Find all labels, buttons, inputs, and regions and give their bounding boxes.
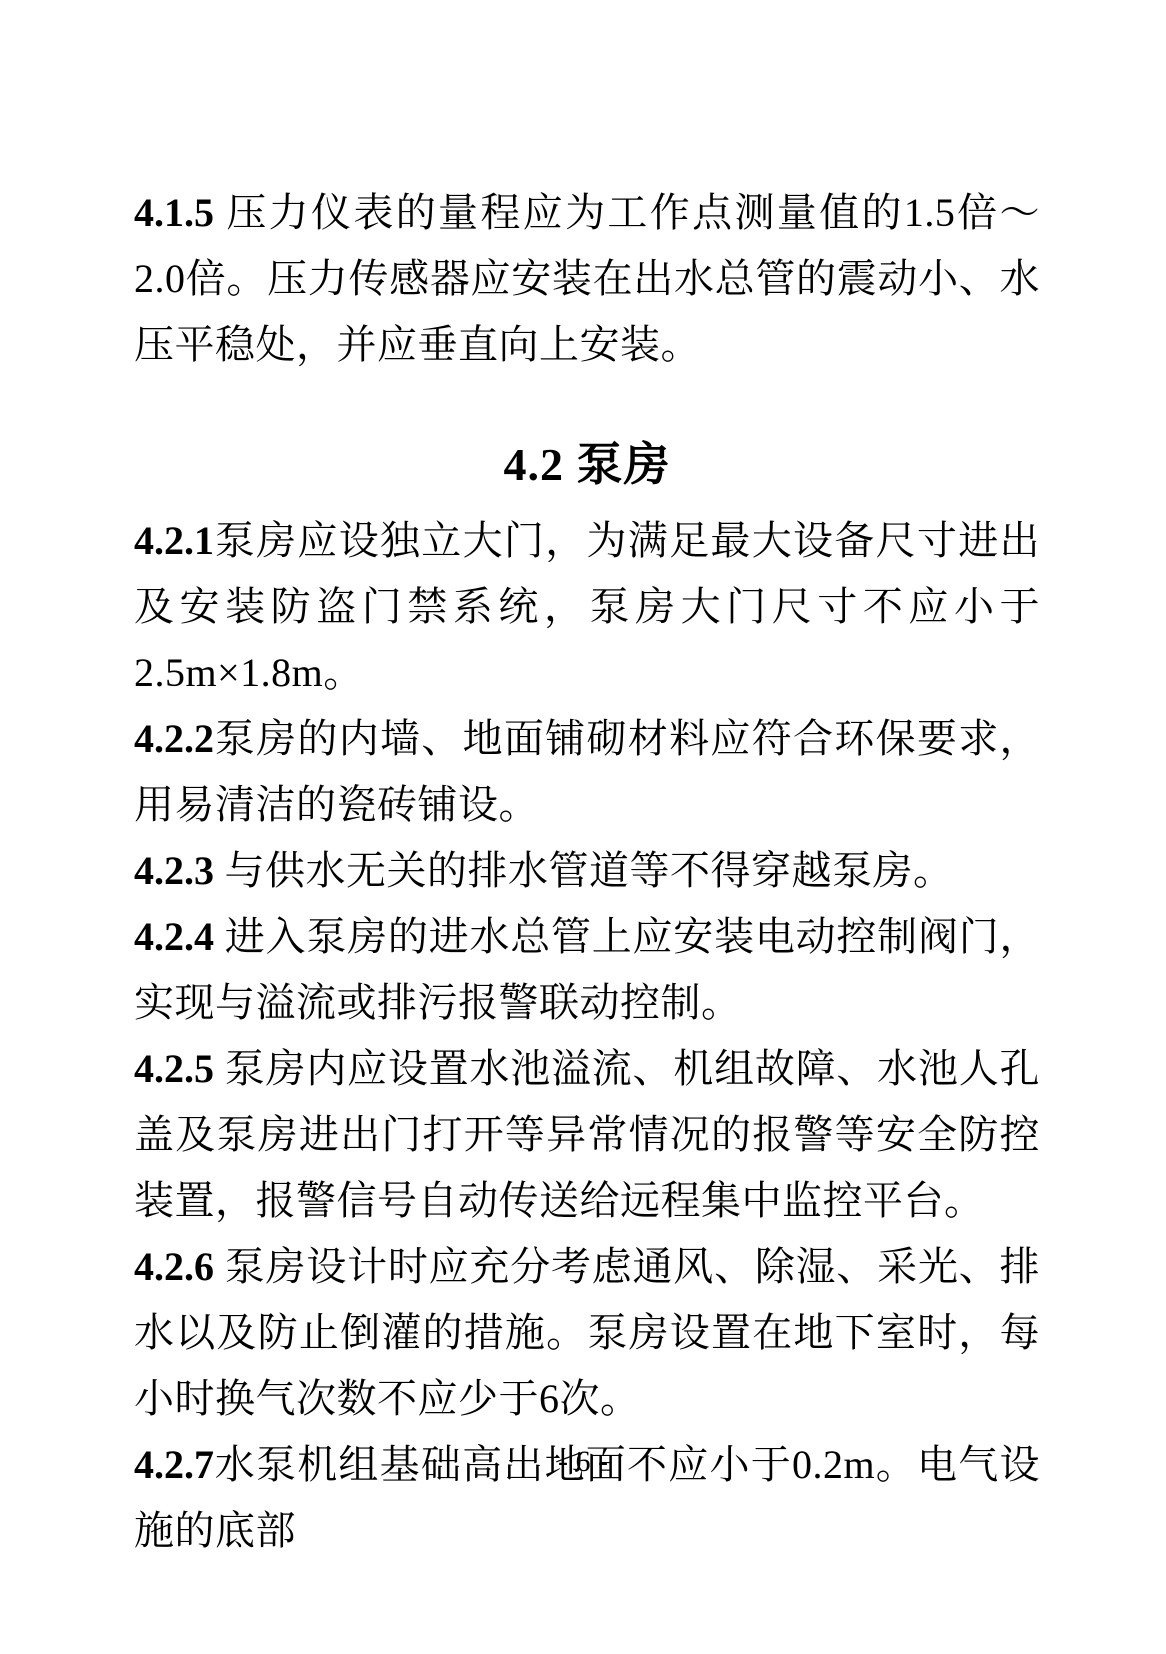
clause-text: 泵房设计时应充分考虑通风、除湿、采光、排水以及防止倒灌的措施。泵房设置在地下室时… xyxy=(134,1244,1040,1421)
paragraph-4-2-3: 4.2.3 与供水无关的排水管道等不得穿越泵房。 xyxy=(134,838,1040,904)
clause-number: 4.2.3 xyxy=(134,848,214,893)
paragraph-4-1-5: 4.1.5 压力仪表的量程应为工作点测量值的1.5倍～2.0倍。压力传感器应安装… xyxy=(134,180,1040,378)
section-heading-4-2: 4.2 泵房 xyxy=(134,432,1040,498)
paragraph-4-2-6: 4.2.6 泵房设计时应充分考虑通风、除湿、采光、排水以及防止倒灌的措施。泵房设… xyxy=(134,1234,1040,1432)
clause-number: 4.2.6 xyxy=(134,1244,214,1289)
clause-text: 泵房的内墙、地面铺砌材料应符合环保要求，用易清洁的瓷砖铺设。 xyxy=(134,716,1040,827)
document-page: 4.1.5 压力仪表的量程应为工作点测量值的1.5倍～2.0倍。压力传感器应安装… xyxy=(0,0,1166,1654)
paragraph-4-2-5: 4.2.5 泵房内应设置水池溢流、机组故障、水池人孔盖及泵房进出门打开等异常情况… xyxy=(134,1036,1040,1234)
paragraph-4-2-4: 4.2.4 进入泵房的进水总管上应安装电动控制阀门，实现与溢流或排污报警联动控制… xyxy=(134,904,1040,1036)
clause-text: 压力仪表的量程应为工作点测量值的1.5倍～2.0倍。压力传感器应安装在出水总管的… xyxy=(134,190,1040,367)
clause-number: 4.2.2 xyxy=(134,716,214,761)
clause-number: 4.1.5 xyxy=(134,190,214,235)
document-content: 4.1.5 压力仪表的量程应为工作点测量值的1.5倍～2.0倍。压力传感器应安装… xyxy=(134,180,1040,1564)
clause-number: 4.2.5 xyxy=(134,1046,214,1091)
clause-number: 4.2.4 xyxy=(134,914,214,959)
clause-text: 进入泵房的进水总管上应安装电动控制阀门，实现与溢流或排污报警联动控制。 xyxy=(134,914,1040,1025)
clause-number: 4.2.1 xyxy=(134,518,214,563)
clause-text: 与供水无关的排水管道等不得穿越泵房。 xyxy=(214,848,954,893)
paragraph-4-2-1: 4.2.1泵房应设独立大门，为满足最大设备尺寸进出及安装防盗门禁系统，泵房大门尺… xyxy=(134,508,1040,706)
paragraph-4-2-2: 4.2.2泵房的内墙、地面铺砌材料应符合环保要求，用易清洁的瓷砖铺设。 xyxy=(134,706,1040,838)
clause-text: 泵房应设独立大门，为满足最大设备尺寸进出及安装防盗门禁系统，泵房大门尺寸不应小于… xyxy=(134,518,1040,695)
page-number-footer: - 6 - xyxy=(0,1442,1166,1482)
clause-text: 泵房内应设置水池溢流、机组故障、水池人孔盖及泵房进出门打开等异常情况的报警等安全… xyxy=(134,1046,1040,1223)
